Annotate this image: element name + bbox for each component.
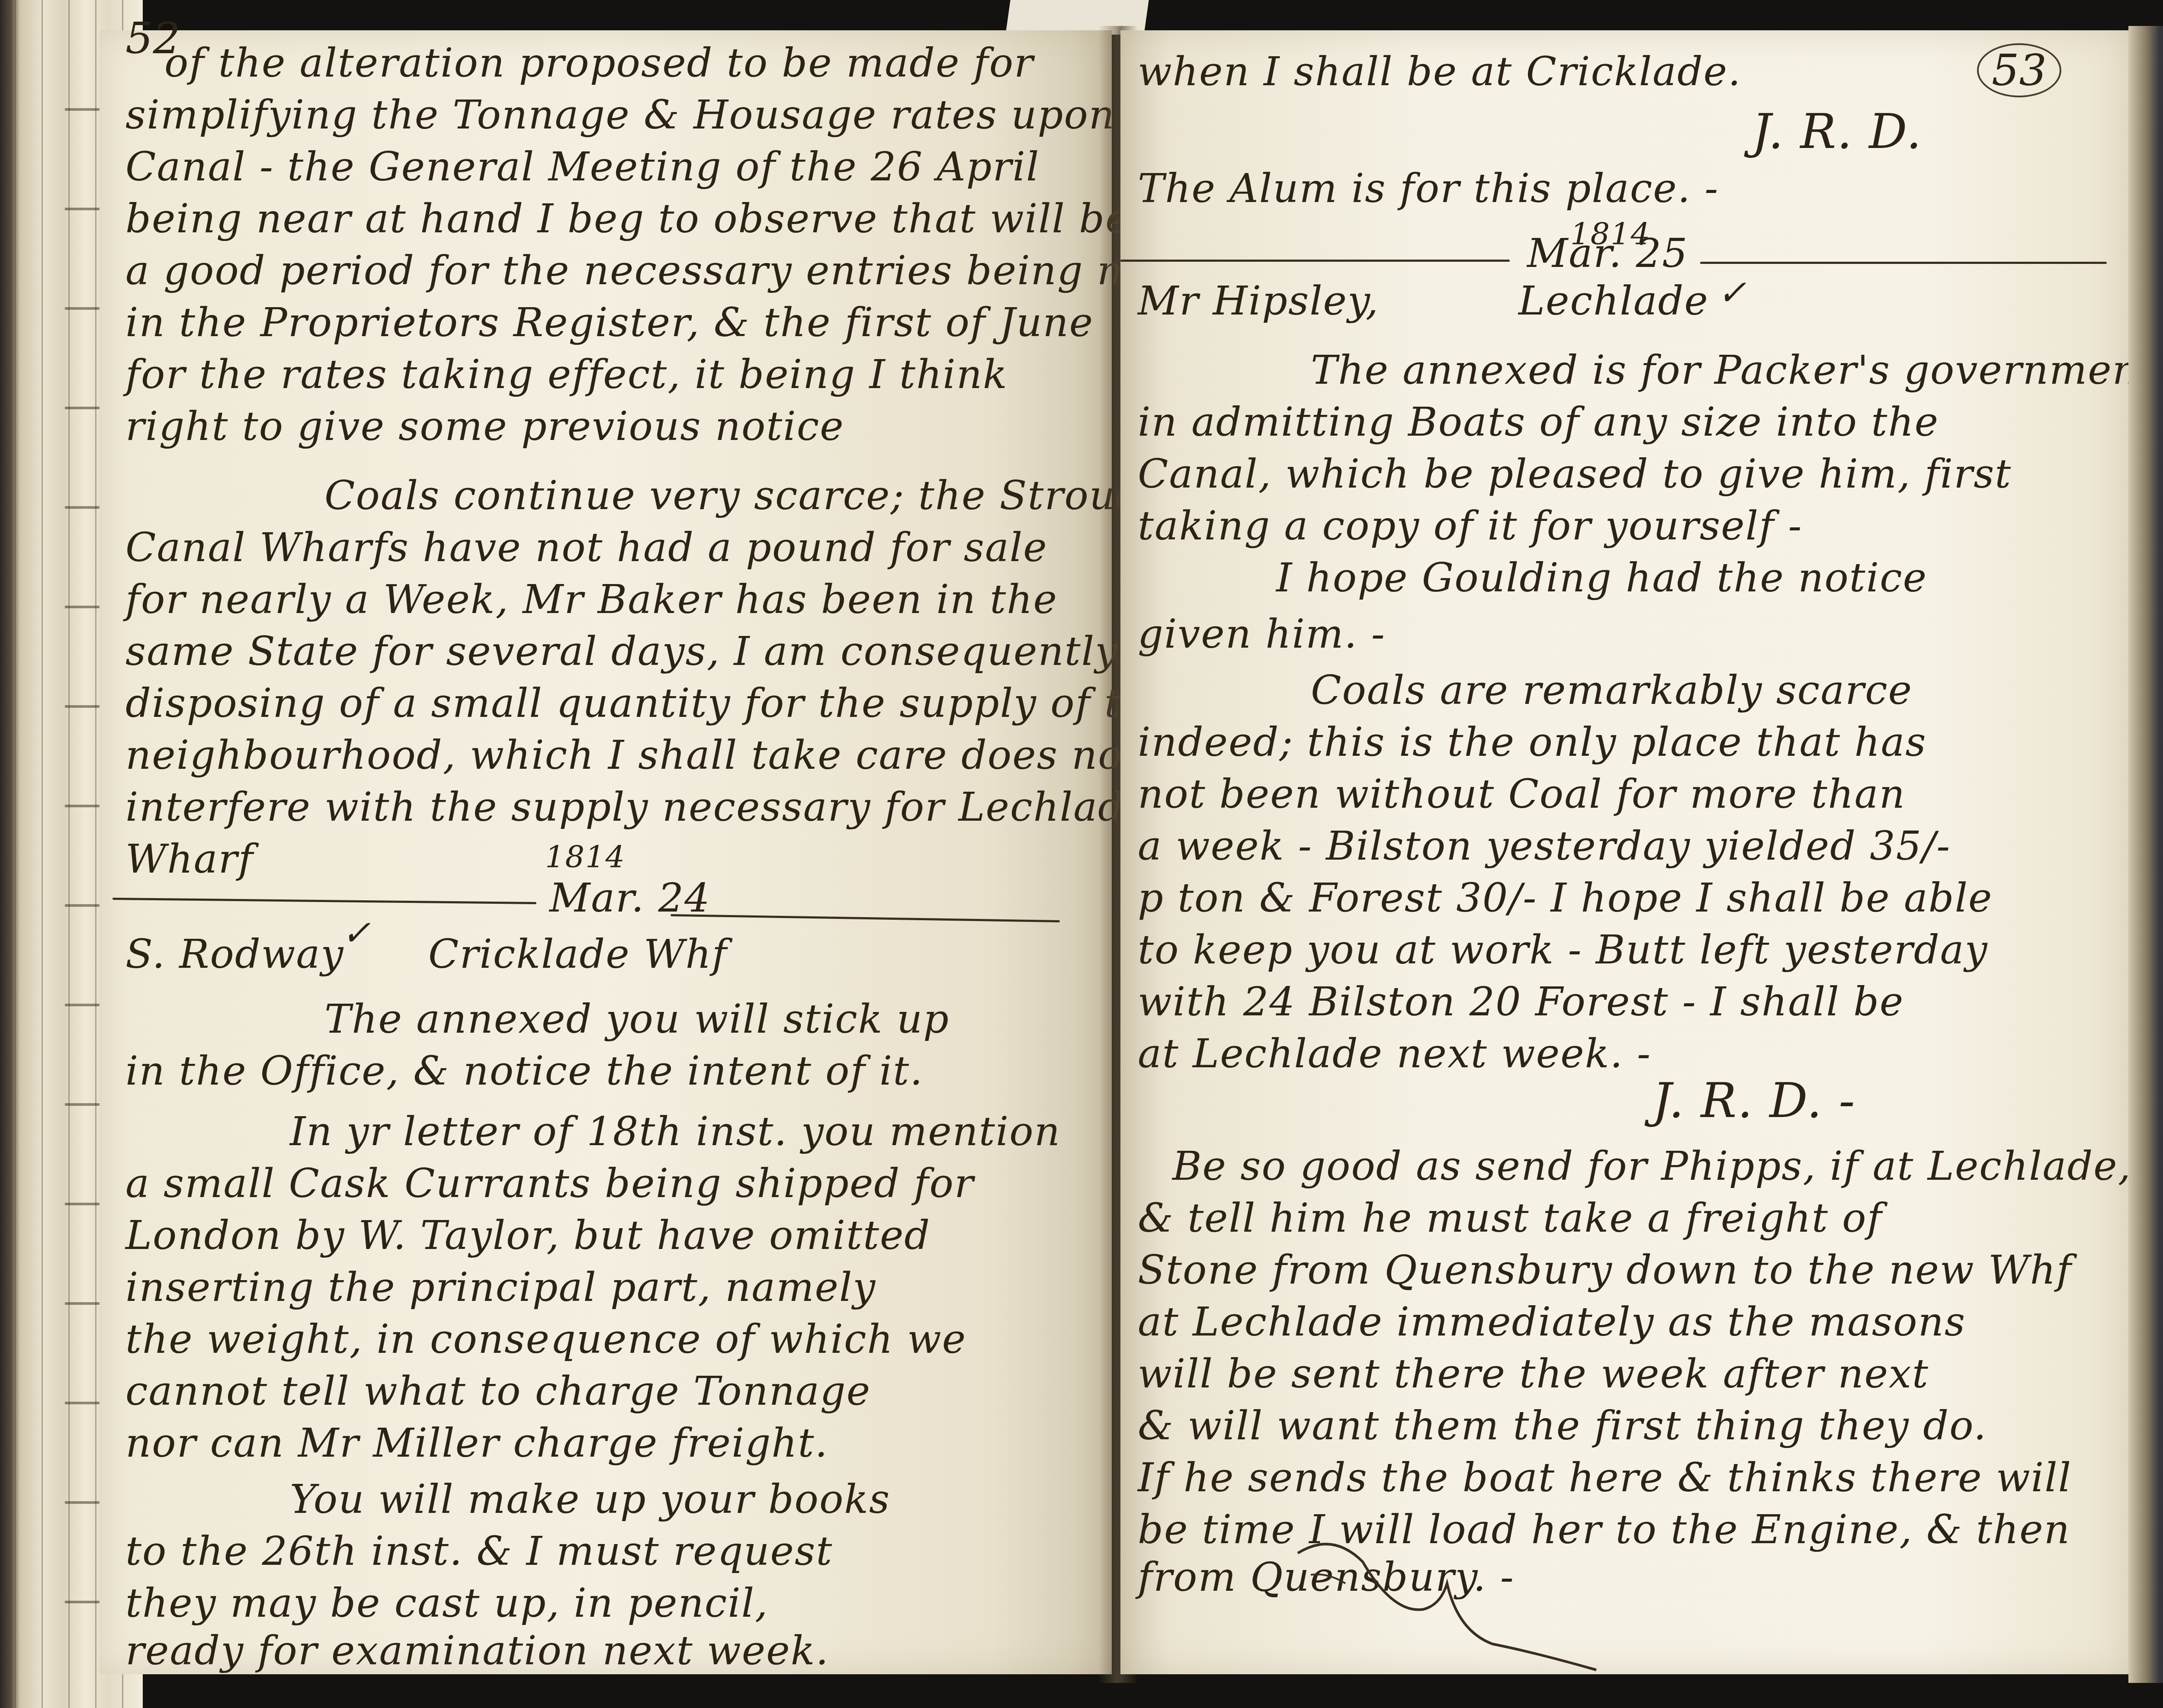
right-page: when I shall be at Cricklade. 53 J. R. D… bbox=[1120, 30, 2128, 1674]
text-line: interfere with the supply necessary for … bbox=[125, 787, 1149, 827]
text-line: neighbourhood, which I shall take care d… bbox=[125, 735, 1140, 775]
text-line: In yr letter of 18th inst. you mention bbox=[290, 1112, 1061, 1152]
text-line: a good period for the necessary entries … bbox=[125, 251, 1211, 291]
text-line: Coals continue very scarce; the Stroud bbox=[324, 476, 1142, 516]
text-line: with 24 Bilston 20 Forest - I shall be bbox=[1138, 982, 1904, 1022]
text-line: Canal - the General Meeting of the 26 Ap… bbox=[125, 147, 1040, 187]
entry-divider-right bbox=[1700, 262, 2107, 264]
text-line: to keep you at work - Butt left yesterda… bbox=[1138, 930, 1988, 970]
end-flourish-icon bbox=[1293, 1536, 1726, 1674]
text-line: You will make up your books bbox=[290, 1480, 890, 1519]
text-line: Canal Wharfs have not had a pound for sa… bbox=[125, 528, 1048, 568]
entry-divider-left bbox=[1120, 260, 1510, 262]
text-line: for nearly a Week, Mr Baker has been in … bbox=[125, 580, 1058, 620]
entry-divider-right bbox=[671, 914, 1060, 922]
text-line: being near at hand I beg to observe that… bbox=[125, 199, 1130, 239]
text-line: right to give some previous notice bbox=[125, 407, 844, 446]
text-line: Wharf bbox=[125, 839, 254, 879]
text-line: simplifying the Tonnage & Housage rates … bbox=[125, 95, 1207, 135]
text-line: taking a copy of it for yourself - bbox=[1138, 506, 1803, 546]
text-line: The annexed you will stick up bbox=[324, 999, 950, 1039]
entry-location: Lechlade bbox=[1518, 281, 1709, 321]
text-line: the weight, in consequence of which we bbox=[125, 1320, 966, 1359]
left-page: 52 of the alteration proposed to be made… bbox=[99, 30, 1112, 1674]
page-number-right: 53 bbox=[1977, 43, 2061, 97]
text-line: in admitting Boats of any size into the bbox=[1138, 402, 1939, 442]
text-line: a week - Bilston yesterday yielded 35/- bbox=[1138, 826, 1951, 866]
text-line: given him. - bbox=[1138, 614, 1386, 654]
text-line: for the rates taking effect, it being I … bbox=[125, 355, 1008, 395]
check-mark-icon: ✓ bbox=[1717, 273, 1747, 313]
text-line: cannot tell what to charge Tonnage bbox=[125, 1371, 871, 1411]
text-line: Be so good as send for Phipps, if at Lec… bbox=[1172, 1146, 2131, 1186]
text-line: will be sent there the week after next bbox=[1138, 1354, 1929, 1394]
text-line: to the 26th inst. & I must request bbox=[125, 1531, 833, 1571]
text-line: Coals are remarkably scarce bbox=[1311, 671, 1913, 710]
text-line: at Lechlade next week. - bbox=[1138, 1034, 1651, 1074]
text-line: indeed; this is the only place that has bbox=[1138, 722, 1927, 762]
text-line: London by W. Taylor, but have omitted bbox=[125, 1216, 931, 1255]
text-line: same State for several days, I am conseq… bbox=[125, 632, 1118, 671]
text-line: a small Cask Currants being shipped for bbox=[125, 1164, 974, 1204]
text-line: Stone from Quensbury down to the new Whf bbox=[1138, 1250, 2072, 1290]
text-line: nor can Mr Miller charge freight. bbox=[125, 1423, 828, 1463]
text-line: ready for examination next week. bbox=[125, 1631, 829, 1671]
text-line: Canal, which be pleased to give him, fir… bbox=[1138, 454, 2012, 494]
entry-year: 1814 bbox=[545, 839, 626, 875]
book-right-edge bbox=[2128, 26, 2163, 1683]
text-line: not been without Coal for more than bbox=[1138, 774, 1906, 814]
text-line: in the Office, & notice the intent of it… bbox=[125, 1051, 923, 1091]
text-line: If he sends the boat here & thinks there… bbox=[1138, 1458, 2072, 1498]
text-line: when I shall be at Cricklade. bbox=[1138, 52, 1742, 92]
text-line: The annexed is for Packer's government bbox=[1311, 350, 2156, 390]
entry-location: Cricklade Whf bbox=[428, 934, 728, 974]
entry-date: Mar. 25 bbox=[1527, 234, 1688, 273]
signature: J. R. D. - bbox=[1653, 1073, 1856, 1128]
text-line: of the alteration proposed to be made fo… bbox=[164, 43, 1034, 83]
entry-addressee: S. Rodway bbox=[125, 934, 344, 974]
check-mark-icon: ✓ bbox=[342, 913, 372, 953]
text-line: & tell him he must take a freight of bbox=[1138, 1198, 1883, 1238]
text-line: I hope Goulding had the notice bbox=[1276, 558, 1927, 598]
text-line: in the Proprietors Register, & the first… bbox=[125, 303, 1094, 343]
entry-date: Mar. 24 bbox=[549, 878, 710, 918]
signature: J. R. D. bbox=[1752, 104, 1922, 159]
note-line: The Alum is for this place. - bbox=[1138, 169, 1719, 209]
text-line: p ton & Forest 30/- I hope I shall be ab… bbox=[1138, 878, 1993, 918]
text-line: they may be cast up, in pencil, bbox=[125, 1583, 768, 1623]
text-line: disposing of a small quantity for the su… bbox=[125, 684, 1172, 723]
text-line: & will want them the first thing they do… bbox=[1138, 1406, 1987, 1446]
entry-addressee: Mr Hipsley, bbox=[1138, 281, 1379, 321]
text-line: at Lechlade immediately as the masons bbox=[1138, 1302, 1966, 1342]
text-line: inserting the principal part, namely bbox=[125, 1268, 876, 1307]
entry-divider-left bbox=[112, 898, 536, 904]
